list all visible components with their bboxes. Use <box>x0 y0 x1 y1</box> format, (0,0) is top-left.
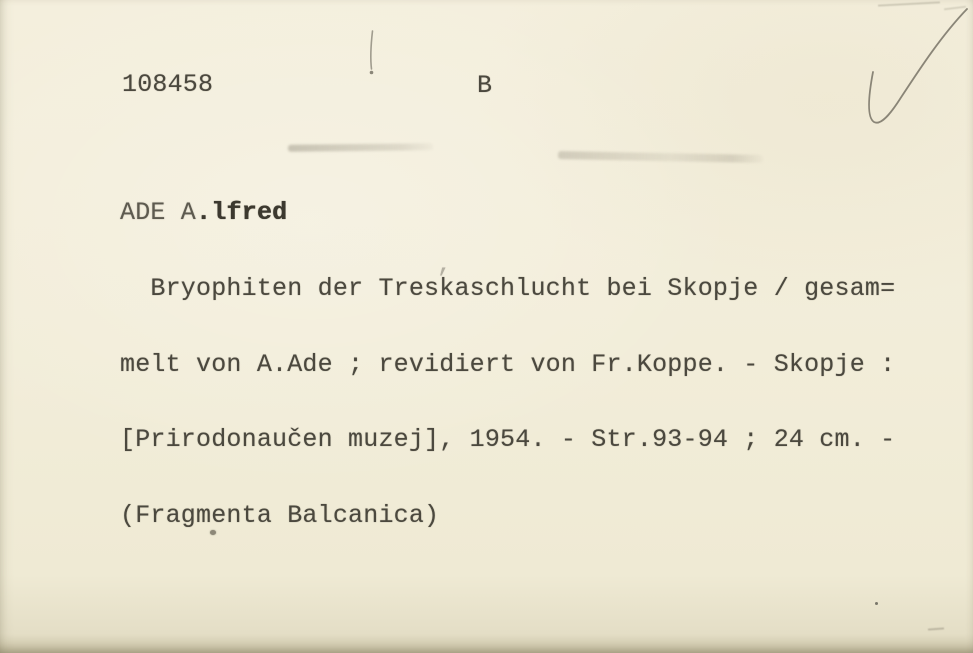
catalog-card: 108458 B ADE A.lfred Bryophiten der Tres… <box>0 0 973 653</box>
accession-number: 108458 <box>122 72 213 97</box>
author-heading: ADE A <box>120 198 196 227</box>
faint-typed-comma: , <box>437 252 452 277</box>
faint-pencil-dash <box>928 627 944 630</box>
pencil-smudge <box>878 1 940 6</box>
entry-line: [Prirodonaučen muzej], 1954. - Str.93-94… <box>120 427 895 452</box>
pencil-smudge <box>944 6 966 11</box>
entry-heading: ADE A.lfred <box>120 200 895 225</box>
entry-line: melt von A.Ade ; revidiert von Fr.Koppe.… <box>120 352 895 377</box>
section-letter: B <box>477 73 492 98</box>
catalog-entry: ADE A.lfred Bryophiten der Treskaschluch… <box>120 150 895 578</box>
entry-line: Bryophiten der Treskaschlucht bei Skopje… <box>120 276 895 301</box>
paper-speck <box>210 530 216 535</box>
author-heading-overtyped: .lfred <box>196 198 287 227</box>
paper-speck <box>875 602 878 605</box>
pencil-vertical-stroke-icon <box>370 31 374 74</box>
pencil-checkmark-icon <box>869 9 967 123</box>
entry-line: (Fragmenta Balcanica) <box>120 503 895 528</box>
